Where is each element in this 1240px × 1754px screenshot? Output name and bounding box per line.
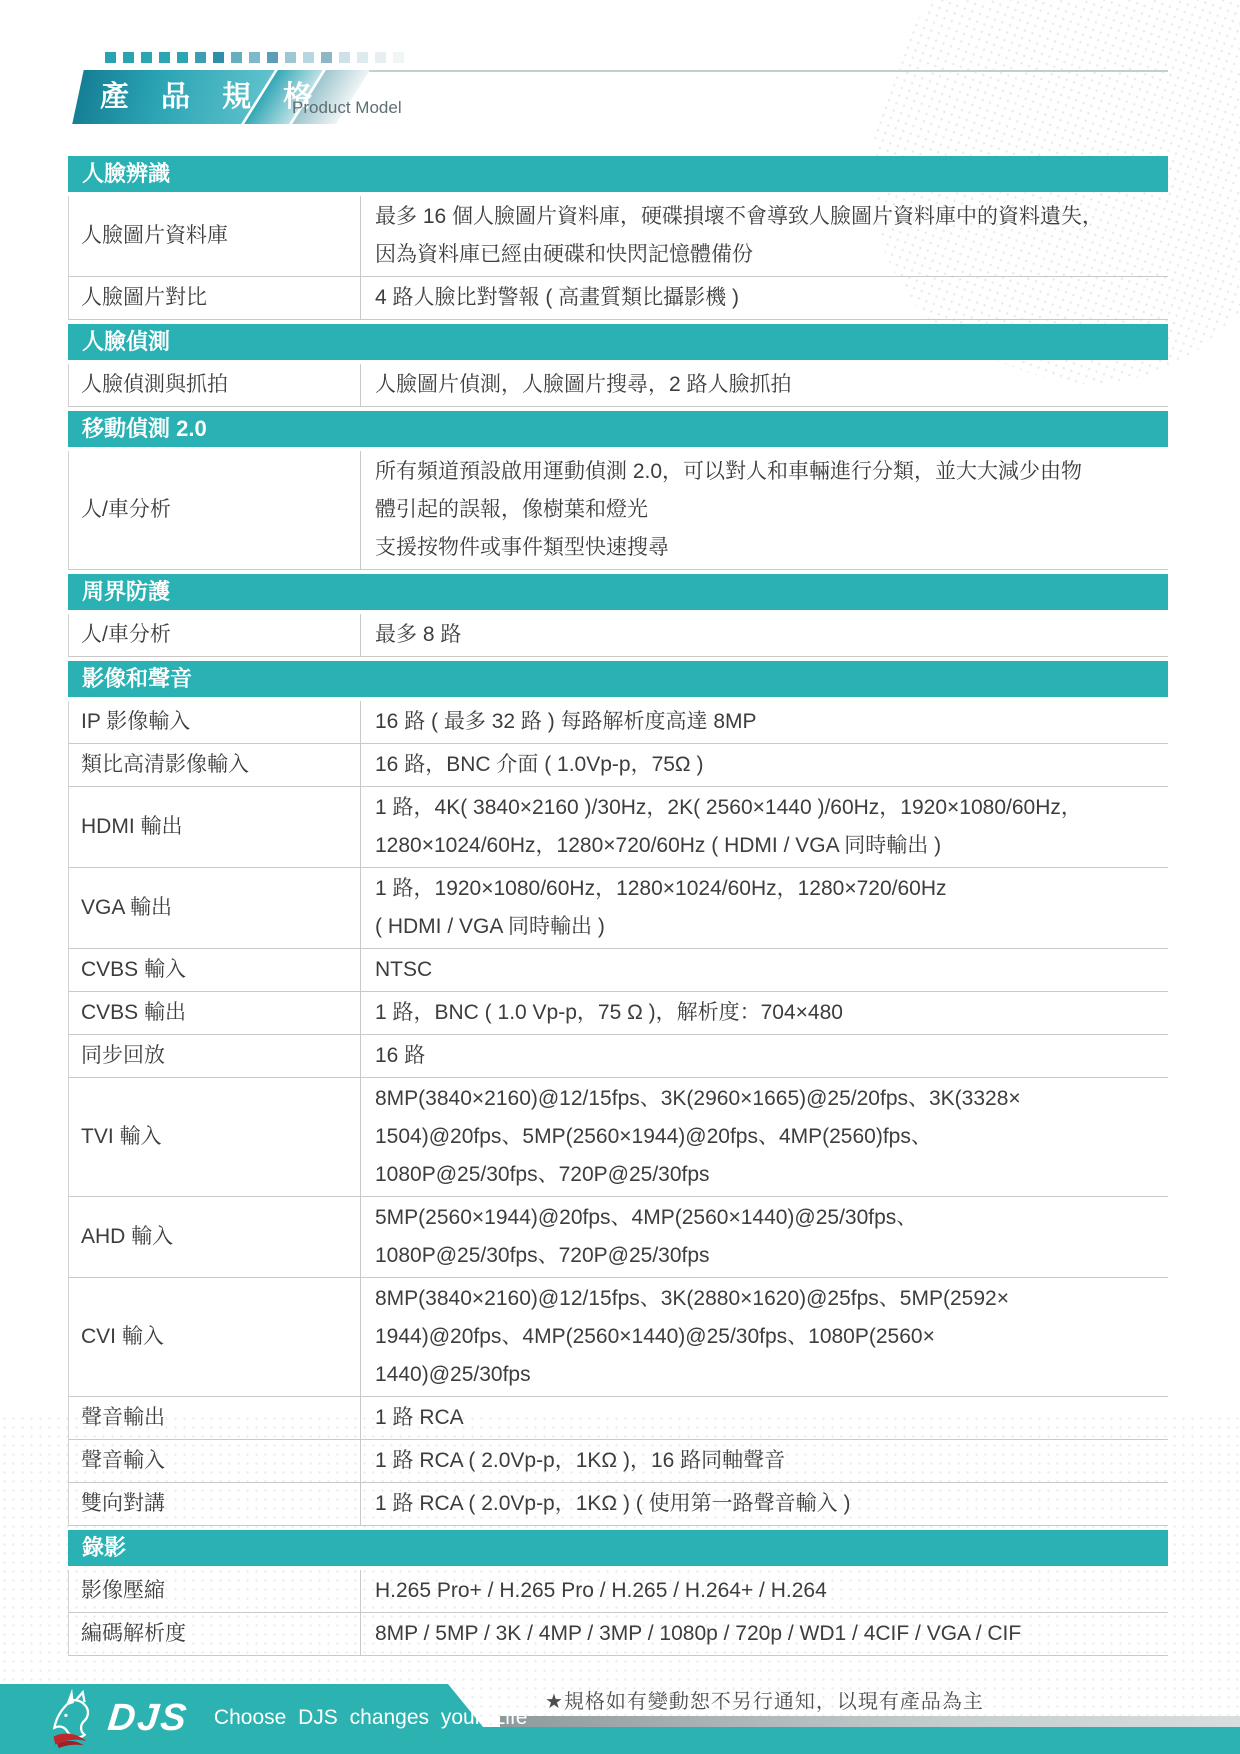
row-label: CVI 輸入 — [69, 1278, 361, 1396]
row-value: 8MP / 5MP / 3K / 4MP / 3MP / 1080p / 720… — [361, 1613, 1168, 1655]
row-value: 1 路 RCA ( 2.0Vp-p，1KΩ ) ( 使用第一路聲音輸入 ) — [361, 1483, 1168, 1525]
table-row: CVI 輸入8MP(3840×2160)@12/15fps、3K(2880×16… — [68, 1278, 1168, 1397]
section-header: 人臉偵測 — [68, 324, 1168, 360]
row-label: 影像壓縮 — [69, 1570, 361, 1612]
spec-sheet-page: 產 品 規 格 Product Model 人臉辨識人臉圖片資料庫最多 16 個… — [0, 0, 1240, 1754]
row-label: HDMI 輸出 — [69, 787, 361, 867]
section-header: 影像和聲音 — [68, 661, 1168, 697]
table-row: 人臉圖片對比4 路人臉比對警報 ( 高畫質類比攝影機 ) — [68, 277, 1168, 320]
page-title: 產 品 規 格 — [100, 70, 324, 124]
deco-square — [231, 52, 242, 63]
table-row: 影像壓縮H.265 Pro+ / H.265 Pro / H.265 / H.2… — [68, 1570, 1168, 1613]
row-label: 雙向對講 — [69, 1483, 361, 1525]
deco-square — [285, 52, 296, 63]
table-row: VGA 輸出1 路，1920×1080/60Hz，1280×1024/60Hz，… — [68, 868, 1168, 949]
section-header: 人臉辨識 — [68, 156, 1168, 192]
table-row: TVI 輸入8MP(3840×2160)@12/15fps、3K(2960×16… — [68, 1078, 1168, 1197]
table-row: 人臉偵測與抓拍人臉圖片偵測，人臉圖片搜尋，2 路人臉抓拍 — [68, 364, 1168, 407]
djs-unicorn-logo-icon — [44, 1687, 102, 1749]
deco-square — [393, 52, 404, 63]
deco-square — [303, 52, 314, 63]
deco-square — [357, 52, 368, 63]
table-row: AHD 輸入5MP(2560×1944)@20fps、4MP(2560×1440… — [68, 1197, 1168, 1278]
deco-square — [213, 52, 224, 63]
table-row: CVBS 輸出1 路，BNC ( 1.0 Vp-p，75 Ω )，解析度：704… — [68, 992, 1168, 1035]
row-label: 聲音輸出 — [69, 1397, 361, 1439]
page-header: 產 品 規 格 Product Model — [0, 0, 1240, 140]
deco-square — [105, 52, 116, 63]
deco-square — [339, 52, 350, 63]
footer-disclaimer: ★規格如有變動恕不另行通知，以現有產品為主 — [545, 1685, 984, 1714]
table-row: 同步回放16 路 — [68, 1035, 1168, 1078]
row-value: 1 路 RCA — [361, 1397, 1168, 1439]
table-row: 人/車分析最多 8 路 — [68, 614, 1168, 657]
table-row: CVBS 輸入NTSC — [68, 949, 1168, 992]
footer-logo-group: DJS Choose DJS changes your Life — [44, 1686, 527, 1750]
table-row: IP 影像輸入16 路 ( 最多 32 路 ) 每路解析度高達 8MP — [68, 701, 1168, 744]
row-value: 1 路，4K( 3840×2160 )/30Hz，2K( 2560×1440 )… — [361, 787, 1168, 867]
row-label: 人臉偵測與抓拍 — [69, 364, 361, 406]
row-label: CVBS 輸出 — [69, 992, 361, 1034]
spec-table: 人臉辨識人臉圖片資料庫最多 16 個人臉圖片資料庫，硬碟損壞不會導致人臉圖片資料… — [68, 152, 1168, 1656]
row-label: 同步回放 — [69, 1035, 361, 1077]
page-subtitle: Product Model — [292, 98, 402, 118]
row-value: 最多 16 個人臉圖片資料庫，硬碟損壞不會導致人臉圖片資料庫中的資料遺失， 因為… — [361, 196, 1168, 276]
row-label: 人臉圖片對比 — [69, 277, 361, 319]
row-label: 聲音輸入 — [69, 1440, 361, 1482]
deco-square — [249, 52, 260, 63]
deco-square — [321, 52, 332, 63]
header-rule-line — [352, 70, 1168, 72]
row-value: 5MP(2560×1944)@20fps、4MP(2560×1440)@25/3… — [361, 1197, 1168, 1277]
row-label: VGA 輸出 — [69, 868, 361, 948]
deco-square — [195, 52, 206, 63]
deco-squares — [105, 52, 404, 64]
deco-square — [375, 52, 386, 63]
row-label: CVBS 輸入 — [69, 949, 361, 991]
table-row: 人臉圖片資料庫最多 16 個人臉圖片資料庫，硬碟損壞不會導致人臉圖片資料庫中的資… — [68, 196, 1168, 277]
row-label: 人/車分析 — [69, 451, 361, 569]
table-row: 雙向對講1 路 RCA ( 2.0Vp-p，1KΩ ) ( 使用第一路聲音輸入 … — [68, 1483, 1168, 1526]
row-value: 16 路 — [361, 1035, 1168, 1077]
row-value: 4 路人臉比對警報 ( 高畫質類比攝影機 ) — [361, 277, 1168, 319]
row-value: 所有頻道預設啟用運動偵測 2.0，可以對人和車輛進行分類，並大大減少由物 體引起… — [361, 451, 1168, 569]
row-value: 1 路，BNC ( 1.0 Vp-p，75 Ω )，解析度：704×480 — [361, 992, 1168, 1034]
table-row: 人/車分析所有頻道預設啟用運動偵測 2.0，可以對人和車輛進行分類，並大大減少由… — [68, 451, 1168, 570]
row-value: NTSC — [361, 949, 1168, 991]
row-value: 16 路，BNC 介面 ( 1.0Vp-p，75Ω ) — [361, 744, 1168, 786]
deco-square — [177, 52, 188, 63]
table-row: 聲音輸入1 路 RCA ( 2.0Vp-p，1KΩ )，16 路同軸聲音 — [68, 1440, 1168, 1483]
row-value: 16 路 ( 最多 32 路 ) 每路解析度高達 8MP — [361, 701, 1168, 743]
section-header: 移動偵測 2.0 — [68, 411, 1168, 447]
djs-logo-text: DJS — [106, 1697, 190, 1740]
row-value: 8MP(3840×2160)@12/15fps、3K(2960×1665)@25… — [361, 1078, 1168, 1196]
table-row: 編碼解析度8MP / 5MP / 3K / 4MP / 3MP / 1080p … — [68, 1613, 1168, 1656]
row-value: H.265 Pro+ / H.265 Pro / H.265 / H.264+ … — [361, 1570, 1168, 1612]
footer-gray-strip — [500, 1716, 1240, 1727]
row-label: IP 影像輸入 — [69, 701, 361, 743]
row-value: 1 路 RCA ( 2.0Vp-p，1KΩ )，16 路同軸聲音 — [361, 1440, 1168, 1482]
row-value: 1 路，1920×1080/60Hz，1280×1024/60Hz，1280×7… — [361, 868, 1168, 948]
table-row: 聲音輸出1 路 RCA — [68, 1397, 1168, 1440]
page-footer: ★規格如有變動恕不另行通知，以現有產品為主 DJS Choose DJS cha… — [0, 1679, 1240, 1754]
row-label: 人/車分析 — [69, 614, 361, 656]
row-label: AHD 輸入 — [69, 1197, 361, 1277]
footer-tagline: Choose DJS changes your Life — [214, 1706, 528, 1730]
table-row: 類比高清影像輸入16 路，BNC 介面 ( 1.0Vp-p，75Ω ) — [68, 744, 1168, 787]
row-label: TVI 輸入 — [69, 1078, 361, 1196]
section-header: 周界防護 — [68, 574, 1168, 610]
row-value: 最多 8 路 — [361, 614, 1168, 656]
row-value: 人臉圖片偵測，人臉圖片搜尋，2 路人臉抓拍 — [361, 364, 1168, 406]
row-value: 8MP(3840×2160)@12/15fps、3K(2880×1620)@25… — [361, 1278, 1168, 1396]
table-row: HDMI 輸出1 路，4K( 3840×2160 )/30Hz，2K( 2560… — [68, 787, 1168, 868]
deco-square — [267, 52, 278, 63]
deco-square — [123, 52, 134, 63]
deco-square — [159, 52, 170, 63]
row-label: 編碼解析度 — [69, 1613, 361, 1655]
row-label: 類比高清影像輸入 — [69, 744, 361, 786]
section-header: 錄影 — [68, 1530, 1168, 1566]
row-label: 人臉圖片資料庫 — [69, 196, 361, 276]
deco-square — [141, 52, 152, 63]
